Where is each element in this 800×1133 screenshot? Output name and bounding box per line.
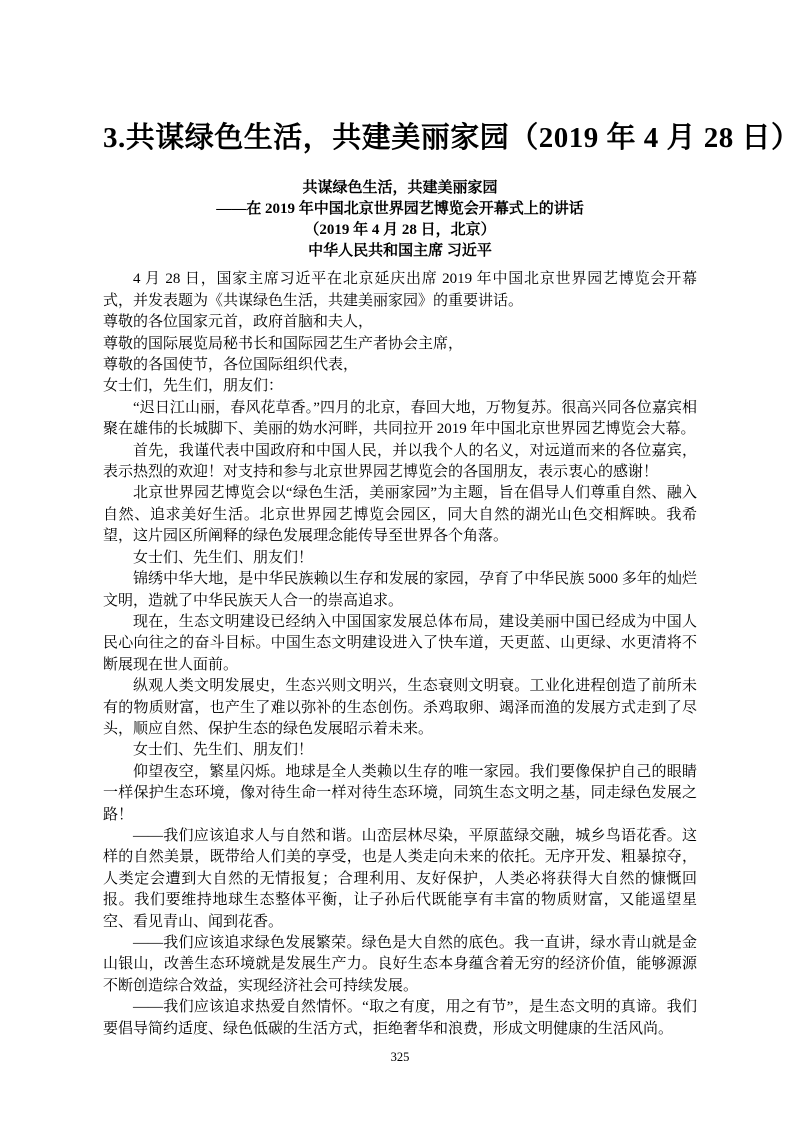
- paragraph-salutation: 尊敬的各位国家元首，政府首脑和夫人，: [103, 312, 697, 333]
- paragraph: 锦绣中华大地，是中华民族赖以生存和发展的家园，孕育了中华民族 5000 多年的灿…: [103, 569, 697, 612]
- speech-title: 共谋绿色生活，共建美丽家园: [103, 178, 697, 199]
- paragraph: ——我们应该追求热爱自然情怀。“取之有度，用之有节”，是生态文明的真谛。我们要倡…: [103, 997, 697, 1040]
- document-page: 3.共谋绿色生活，共建美丽家园（2019 年 4 月 28 日） 共谋绿色生活，…: [0, 0, 800, 1133]
- paragraph: 仰望夜空，繁星闪烁。地球是全人类赖以生存的唯一家园。我们要像保护自己的眼睛一样保…: [103, 762, 697, 826]
- paragraph: 北京世界园艺博览会以“绿色生活，美丽家园”为主题，旨在倡导人们尊重自然、融入自然…: [103, 483, 697, 547]
- paragraph: 现在，生态文明建设已经纳入中国国家发展总体布局，建设美丽中国已经成为中国人民心向…: [103, 612, 697, 676]
- paragraph: 首先，我谨代表中国政府和中国人民，并以我个人的名义，对远道而来的各位嘉宾，表示热…: [103, 441, 697, 484]
- paragraph: ——我们应该追求绿色发展繁荣。绿色是大自然的底色。我一直讲，绿水青山就是金山银山…: [103, 933, 697, 997]
- speech-headings: 共谋绿色生活，共建美丽家园 ——在 2019 年中国北京世界园艺博览会开幕式上的…: [103, 178, 697, 262]
- chapter-title: 3.共谋绿色生活，共建美丽家园（2019 年 4 月 28 日）: [103, 121, 697, 155]
- paragraph: ——我们应该追求人与自然和谐。山峦层林尽染，平原蓝绿交融，城乡鸟语花香。这样的自…: [103, 826, 697, 933]
- paragraph-salutation: 尊敬的国际展览局秘书长和国际园艺生产者协会主席，: [103, 334, 697, 355]
- paragraph: 女士们、先生们、朋友们！: [103, 740, 697, 761]
- page-number: 325: [0, 1048, 800, 1066]
- paragraph: 4 月 28 日，国家主席习近平在北京延庆出席 2019 年中国北京世界园艺博览…: [103, 269, 697, 312]
- speech-date-location: （2019 年 4 月 28 日，北京）: [103, 220, 697, 241]
- speech-subtitle: ——在 2019 年中国北京世界园艺博览会开幕式上的讲话: [103, 199, 697, 220]
- speech-author: 中华人民共和国主席 习近平: [103, 241, 697, 262]
- paragraph: “迟日江山丽，春风花草香。”四月的北京，春回大地，万物复苏。很高兴同各位嘉宾相聚…: [103, 398, 697, 441]
- speech-body: 4 月 28 日，国家主席习近平在北京延庆出席 2019 年中国北京世界园艺博览…: [103, 269, 697, 1040]
- paragraph: 纵观人类文明发展史，生态兴则文明兴，生态衰则文明衰。工业化进程创造了前所未有的物…: [103, 676, 697, 740]
- paragraph-salutation: 女士们，先生们，朋友们：: [103, 376, 697, 397]
- paragraph: 女士们、先生们、朋友们！: [103, 548, 697, 569]
- paragraph-salutation: 尊敬的各国使节，各位国际组织代表，: [103, 355, 697, 376]
